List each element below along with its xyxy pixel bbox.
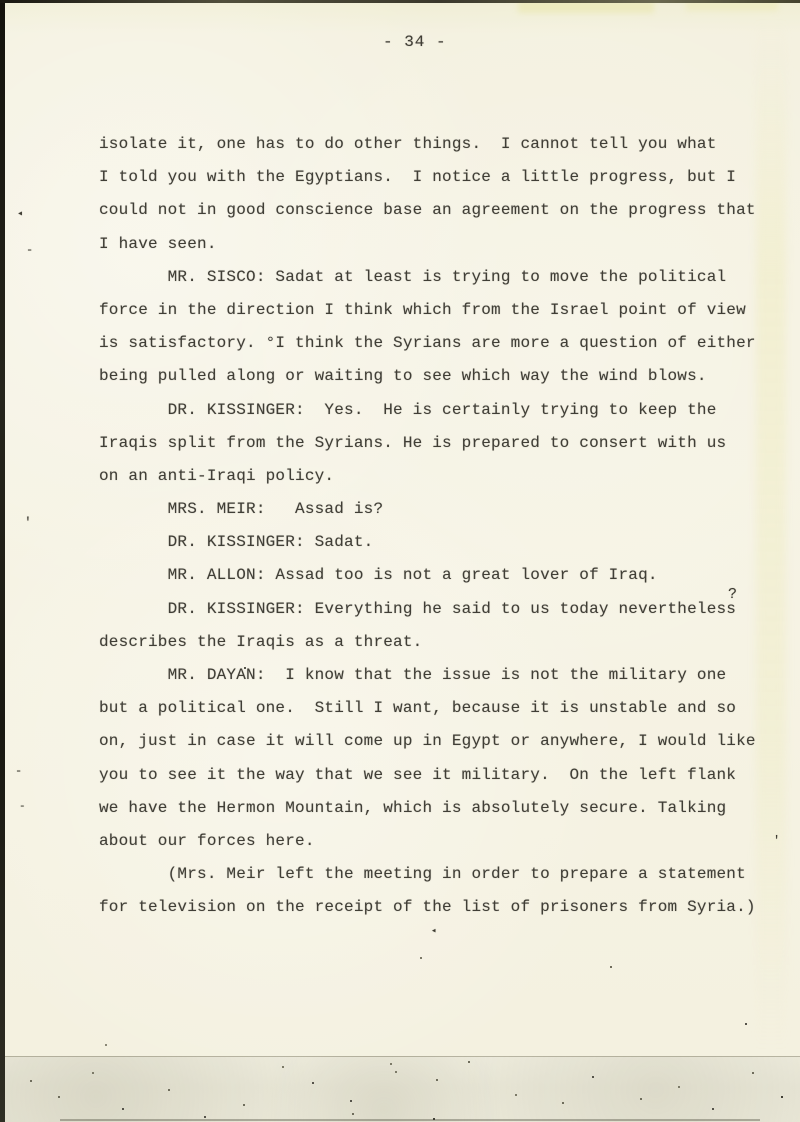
page-number: - 34 - [383,33,447,51]
transcript-line: could not in good conscience base an agr… [99,194,779,227]
transcript-line: about our forces here. [99,825,779,858]
center-pointer-mark: ◂ [431,926,436,936]
transcript-line: I have seen. [99,228,779,261]
stray-question-mark: ? [728,586,737,603]
left-margin-dash-mark: - [26,243,33,257]
transcript-line: (Mrs. Meir left the meeting in order to … [99,858,779,891]
left-margin-dash-mark: - [19,801,26,813]
transcript-line: DR. KISSINGER: Everything he said to us … [99,593,779,626]
transcript-line: describes the Iraqis as a threat. [99,626,779,659]
transcript-line: I told you with the Egyptians. I notice … [99,161,779,194]
left-margin-tick-mark: ' [24,515,32,530]
transcript-line: you to see it the way that we see it mil… [99,759,779,792]
bottom-edge-line [60,1119,760,1121]
bottom-scan-band [0,1056,800,1122]
transcript-line: Iraqis split from the Syrians. He is pre… [99,427,779,460]
scan-top-edge [0,0,800,3]
transcript-line: isolate it, one has to do other things. … [99,128,779,161]
transcript-line: force in the direction I think which fro… [99,294,779,327]
transcript-line: MR. SISCO: Sadat at least is trying to m… [99,261,779,294]
transcript-line: we have the Hermon Mountain, which is ab… [99,792,779,825]
left-margin-dash-mark: - [15,764,22,778]
transcript-line: DR. KISSINGER: Yes. He is certainly tryi… [99,394,779,427]
transcript-line: but a political one. Still I want, becau… [99,692,779,725]
right-margin-tick-mark: ' [773,834,780,848]
scan-left-edge [0,0,5,1122]
transcript-line: MR. ALLON: Assad too is not a great love… [99,559,779,592]
transcript-line: DR. KISSINGER: Sadat. [99,526,779,559]
scanned-document-page: - 34 - isolate it, one has to do other t… [0,0,800,1122]
transcript-line: for television on the receipt of the lis… [99,891,779,924]
transcript-line: MRS. MEIR: Assad is? [99,493,779,526]
transcript-line: on an anti-Iraqi policy. [99,460,779,493]
transcript-line: being pulled along or waiting to see whi… [99,360,779,393]
transcript-text-column: isolate it, one has to do other things. … [99,128,779,925]
transcript-line: MR. DAYAN: I know that the issue is not … [99,659,779,692]
transcript-line: on, just in case it will come up in Egyp… [99,725,779,758]
left-margin-arrow-mark: ◂ [17,208,23,220]
transcript-line: is satisfactory. °I think the Syrians ar… [99,327,779,360]
